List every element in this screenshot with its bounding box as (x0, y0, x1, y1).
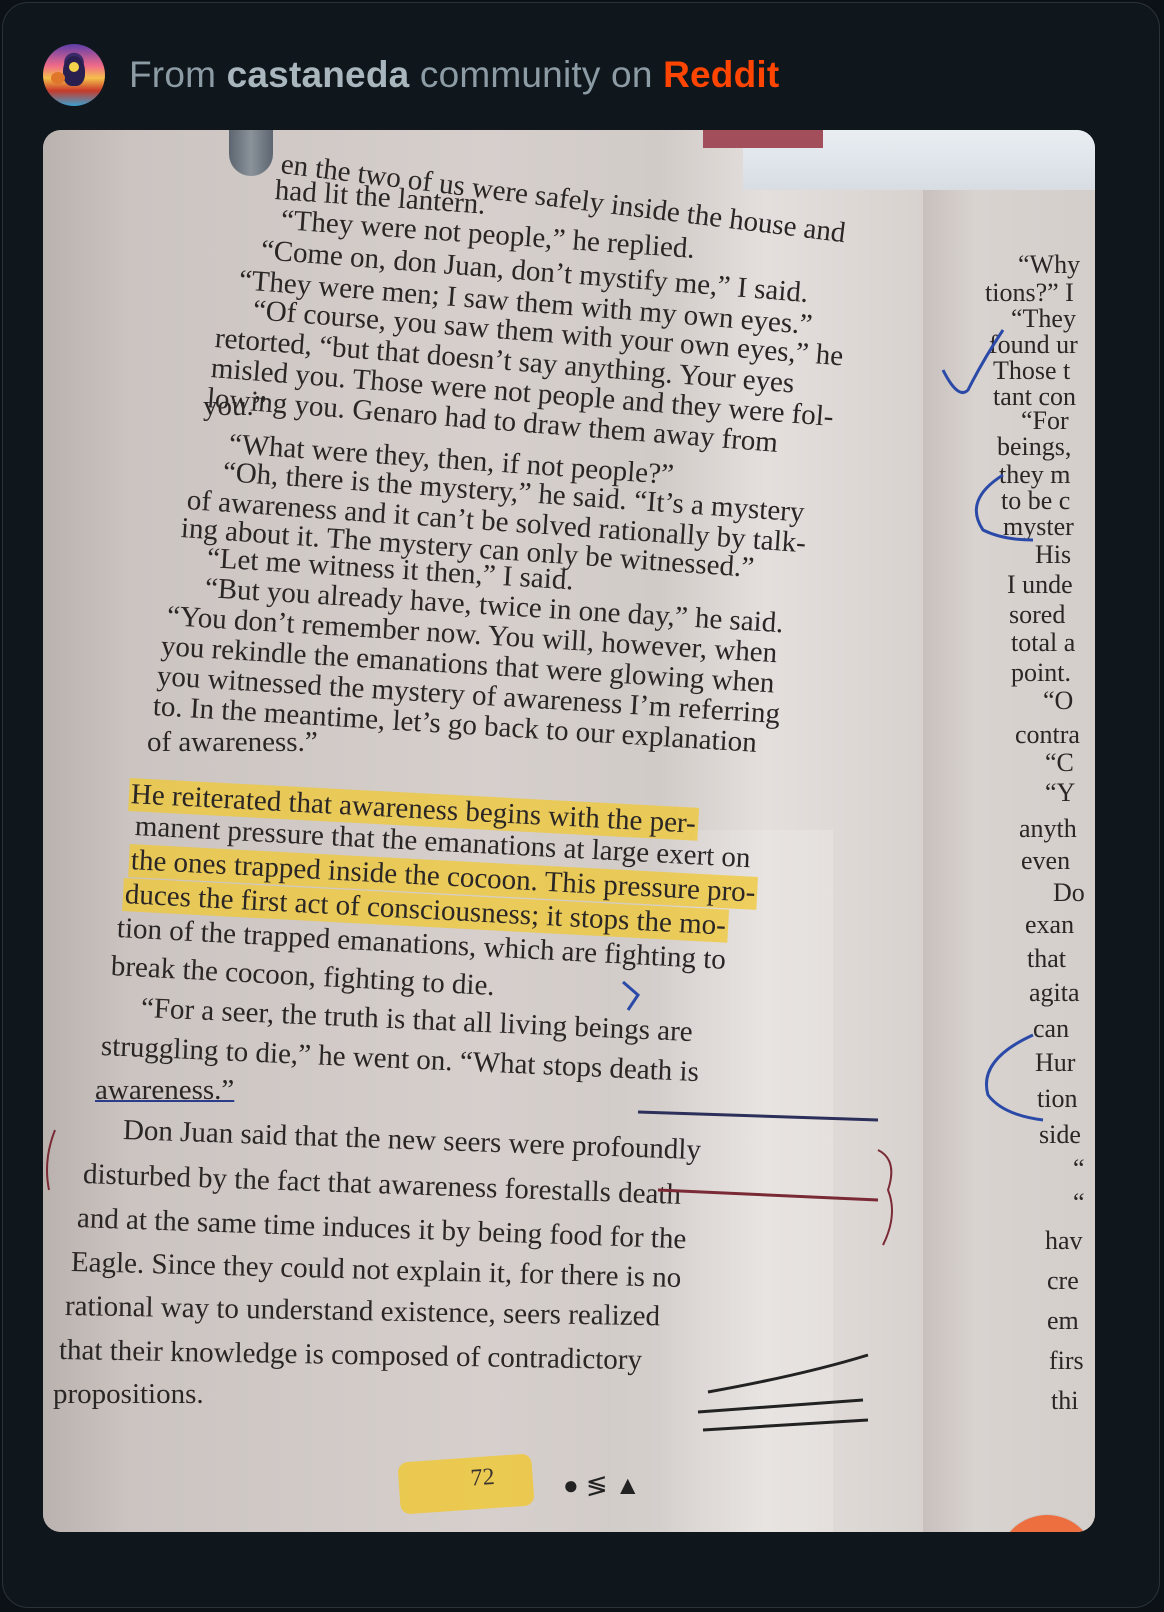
community-name[interactable]: castaneda (227, 54, 410, 95)
reddit-logo-icon[interactable] (998, 1515, 1095, 1532)
community-avatar-icon[interactable] (43, 44, 105, 106)
doodle-marks: ● ≶ ▲ (563, 1470, 641, 1501)
post-image[interactable]: en the two of us were safely inside the … (43, 130, 1095, 1532)
embed-card: From castaneda community on Reddit en th… (2, 2, 1160, 1608)
title-middle: community on (409, 54, 663, 95)
page-number-text: 72 (470, 1464, 496, 1493)
page-number: 72 (397, 1453, 534, 1514)
embed-header: From castaneda community on Reddit (43, 43, 779, 107)
platform-name[interactable]: Reddit (663, 54, 779, 95)
source-title: From castaneda community on Reddit (129, 54, 779, 96)
pen-annotations-icon (43, 130, 1095, 1532)
title-prefix: From (129, 54, 227, 95)
